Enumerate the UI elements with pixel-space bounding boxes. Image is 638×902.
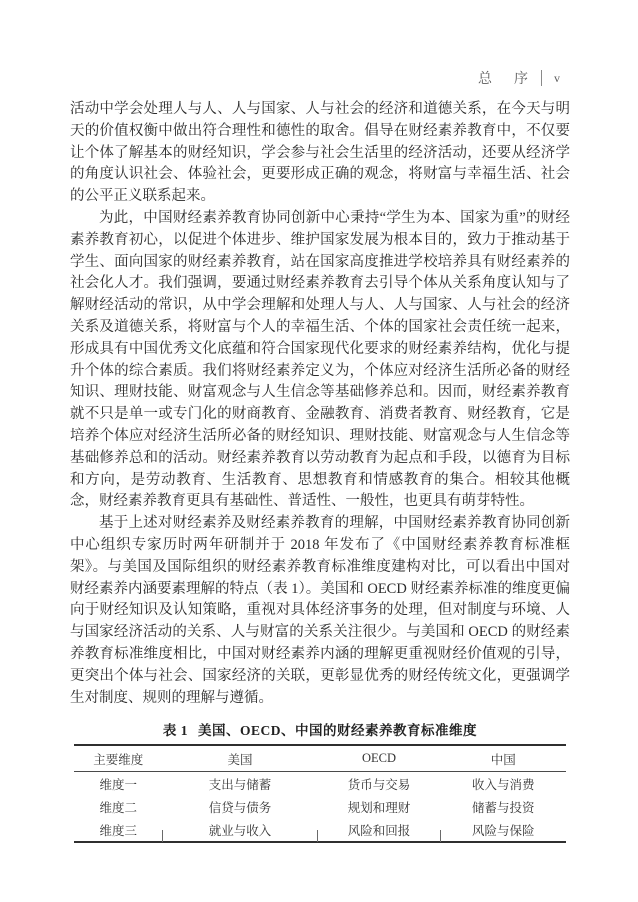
- column-header: 主要维度: [74, 745, 163, 772]
- table-caption-text: 美国、OECD、中国的财经素养教育标准维度: [198, 723, 477, 738]
- paragraph: 为此，中国财经素养教育协同创新中心秉持“学生为本、国家为重”的财经素养教育初心，…: [70, 208, 570, 513]
- header-divider: [541, 70, 542, 86]
- table-cell: 风险和回报: [318, 818, 441, 842]
- table-caption: 表 1美国、OECD、中国的财经素养教育标准维度: [74, 719, 566, 739]
- table-row: 维度三 就业与收入 风险和回报 风险与保险: [74, 818, 566, 842]
- paragraph: 基于上述对财经素养及财经素养教育的理解，中国财经素养教育协同创新中心组织专家历时…: [70, 513, 570, 709]
- paragraph: 活动中学会处理人与人、人与国家、人与社会的经济和道德关系，在今天与明天的价值权衡…: [70, 99, 570, 208]
- column-header: OECD: [318, 745, 441, 772]
- table-cell: 规划和理财: [318, 795, 441, 818]
- table-block: 表 1美国、OECD、中国的财经素养教育标准维度 主要维度 美国 OECD 中国…: [74, 719, 566, 843]
- section-title: 总: [478, 68, 492, 88]
- column-header: 美国: [163, 745, 318, 772]
- table-header-row: 主要维度 美国 OECD 中国: [74, 745, 566, 772]
- table-caption-label: 表 1: [163, 723, 188, 738]
- column-header: 中国: [441, 745, 566, 772]
- page-number: v: [554, 71, 560, 86]
- table-row: 维度一 支出与储蓄 货币与交易 收入与消费: [74, 772, 566, 796]
- table-cell: 收入与消费: [441, 772, 566, 796]
- book-page: 总 序 v 活动中学会处理人与人、人与国家、人与社会的经济和道德关系，在今天与明…: [0, 0, 638, 902]
- table-cell: 信贷与债务: [163, 795, 318, 818]
- table-cell: 维度三: [74, 818, 163, 842]
- table-cell: 维度一: [74, 772, 163, 796]
- table-cell: 风险与保险: [441, 818, 566, 842]
- table-cell: 货币与交易: [318, 772, 441, 796]
- standards-table: 主要维度 美国 OECD 中国 维度一 支出与储蓄 货币与交易 收入与消费 维度…: [74, 744, 566, 843]
- table-cell: 支出与储蓄: [163, 772, 318, 796]
- page-header: 总 序 v: [478, 68, 560, 88]
- table-cell: 储蓄与投资: [441, 795, 566, 818]
- table-cell: 就业与收入: [163, 818, 318, 842]
- body-text: 活动中学会处理人与人、人与国家、人与社会的经济和道德关系，在今天与明天的价值权衡…: [70, 99, 570, 709]
- section-title: 序: [514, 68, 528, 88]
- table-row: 维度二 信贷与债务 规划和理财 储蓄与投资: [74, 795, 566, 818]
- table-cell: 维度二: [74, 795, 163, 818]
